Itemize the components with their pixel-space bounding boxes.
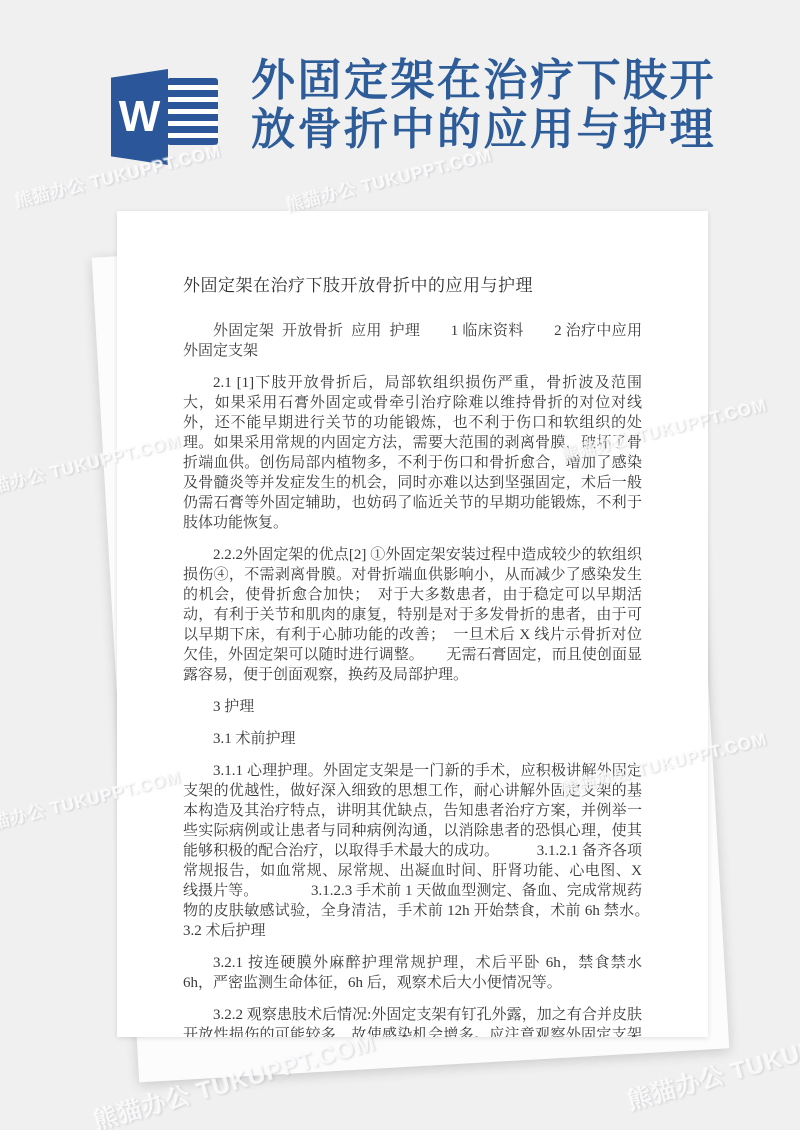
word-icon-letter: W bbox=[119, 95, 161, 139]
word-w-panel-icon: W bbox=[111, 69, 168, 165]
page-title-line-2: 放骨折中的应用与护理 bbox=[251, 105, 731, 154]
page-title-line-1: 外固定架在治疗下肢开 bbox=[251, 56, 731, 105]
word-document-sheet-icon bbox=[167, 78, 218, 145]
doc-keywords-line: 外固定架 开放骨折 应用 护理 1 临床资料 2 治疗中应用外固定支架 bbox=[183, 321, 642, 361]
doc-paragraph-3-2-1: 3.2.1 按连硬膜外麻醉护理常规护理，术后平卧 6h，禁食禁水 6h，严密监测… bbox=[183, 953, 642, 993]
page-background: { "header": { "icon_letter": "W", "title… bbox=[0, 0, 800, 1130]
doc-paragraph-3-1-1: 3.1.1 心理护理。外固定支架是一门新的手术，应积极讲解外固定支架的优越性，做… bbox=[183, 761, 642, 941]
page-title: 外固定架在治疗下肢开 放骨折中的应用与护理 bbox=[251, 56, 731, 154]
doc-heading-3: 3 护理 bbox=[183, 697, 642, 717]
doc-heading-3-1: 3.1 术前护理 bbox=[183, 729, 642, 749]
doc-paragraph-2-2-2: 2.2.2外固定架的优点[2] ①外固定架安装过程中造成较少的软组织损伤④，不需… bbox=[183, 545, 642, 685]
page-main: 外固定架在治疗下肢开放骨折中的应用与护理 外固定架 开放骨折 应用 护理 1 临… bbox=[117, 211, 708, 1037]
doc-title: 外固定架在治疗下肢开放骨折中的应用与护理 bbox=[183, 275, 642, 297]
word-icon: W bbox=[95, 56, 229, 178]
doc-paragraph-3-2-2: 3.2.2 观察患肢术后情况:外固定支架有钉孔外露，加之有合并皮肤开放性损伤的可… bbox=[183, 1005, 642, 1037]
doc-paragraph-2-1: 2.1 [1]下肢开放骨折后，局部软组织损伤严重，骨折波及范围大，如果采用石膏外… bbox=[183, 373, 642, 533]
header: W 外固定架在治疗下肢开 放骨折中的应用与护理 bbox=[0, 0, 800, 200]
